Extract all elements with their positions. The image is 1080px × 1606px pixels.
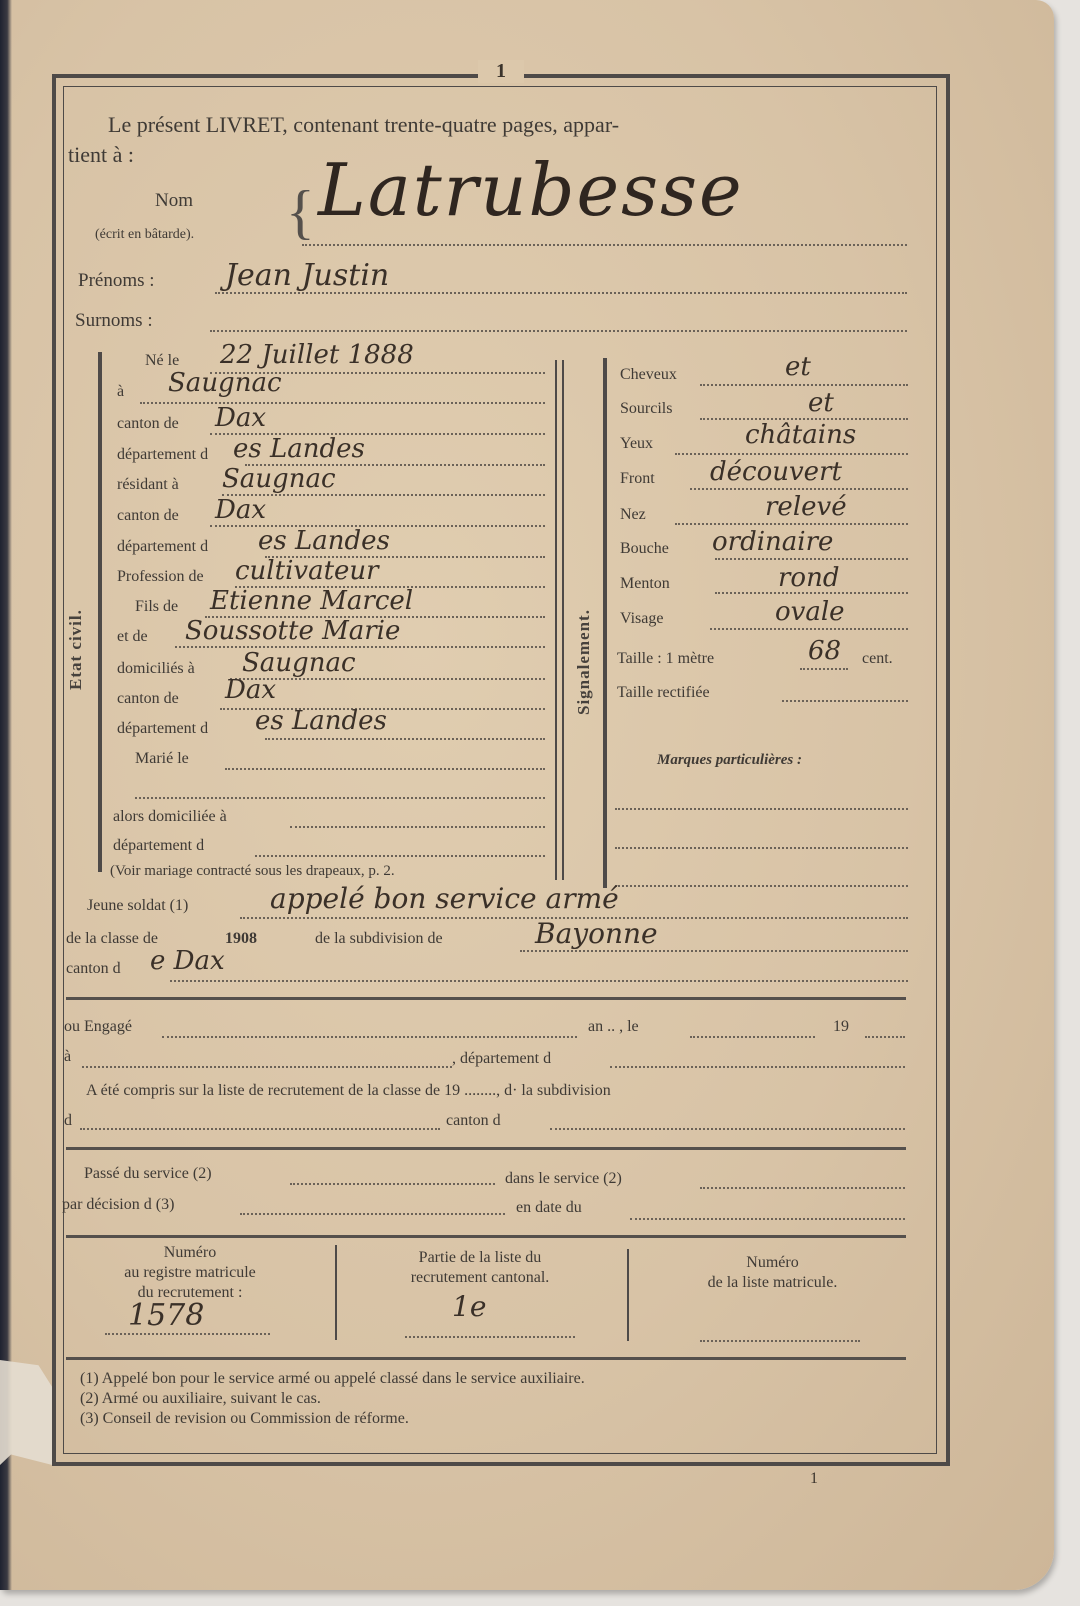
- etat-civil-label: Etat civil.: [66, 609, 86, 690]
- field-label: domiciliés à: [117, 660, 195, 678]
- liste-d-label: d: [64, 1112, 72, 1130]
- taille-prefix: Taille : 1 mètre: [617, 650, 714, 668]
- footnote: (3) Conseil de revision ou Commission de…: [80, 1410, 409, 1428]
- divider-4: [66, 1357, 906, 1360]
- engage-year-line: [865, 1036, 905, 1038]
- prenoms-value: Jean Justin: [225, 258, 389, 293]
- engage-date-line: [690, 1036, 815, 1038]
- field-value: rond: [778, 563, 839, 593]
- nom-label: Nom: [155, 190, 193, 212]
- footnote-text: Armé ou auxiliaire, suivant le cas.: [102, 1390, 321, 1407]
- prenoms-line: [215, 292, 907, 294]
- engage-an-label: an .. , le: [588, 1018, 639, 1036]
- field-line: [225, 768, 545, 770]
- signalement-label: Signalement.: [574, 609, 594, 715]
- canton-value: e Dax: [150, 946, 225, 976]
- field-value: et: [808, 388, 834, 418]
- marques-line: [615, 885, 908, 887]
- col-3-line: [700, 1340, 860, 1342]
- footnote-number: (3): [80, 1410, 99, 1427]
- field-label: Front: [620, 470, 655, 488]
- canton-label: canton d: [66, 960, 121, 978]
- field-value: Saugnac: [222, 464, 336, 494]
- field-label: alors domiciliée à: [113, 808, 227, 826]
- decision-line: [240, 1213, 505, 1215]
- field-label: résidant à: [117, 476, 179, 494]
- field-line: [222, 494, 545, 496]
- field-line: [675, 453, 908, 455]
- field-line: [140, 402, 545, 404]
- field-label: canton de: [117, 415, 179, 433]
- field-line: [715, 592, 908, 594]
- field-label: Fils de: [135, 598, 178, 616]
- field-value: es Landes: [258, 526, 390, 556]
- footnote-number: (2): [80, 1390, 99, 1407]
- signalement-border: [603, 358, 607, 888]
- col-2-line: [405, 1336, 575, 1338]
- field-label: canton de: [117, 690, 179, 708]
- col-2-value: 1e: [452, 1290, 486, 1323]
- col-1-line: [105, 1333, 270, 1335]
- field-value: es Landes: [233, 434, 365, 464]
- footnote: (1) Appelé bon pour le service armé ou a…: [80, 1370, 585, 1388]
- passe-dans-label: dans le service (2): [505, 1170, 622, 1188]
- field-value: cultivateur: [235, 556, 379, 586]
- header-line: recrutement cantonal.: [345, 1268, 615, 1288]
- etat-civil-border: [98, 352, 102, 872]
- taille-rectifiee-label: Taille rectifiée: [617, 684, 710, 702]
- field-label: et de: [117, 628, 148, 646]
- taille-value: 68: [808, 636, 841, 666]
- jeune-soldat-value: appelé bon service armé: [270, 882, 619, 915]
- nom-line: [302, 244, 907, 246]
- col-divider-1: [335, 1245, 337, 1340]
- field-line: [690, 488, 908, 490]
- col-2-header: Partie de la liste du recrutement canton…: [345, 1248, 615, 1288]
- field-value: Dax: [225, 675, 276, 705]
- footnote-number: (1): [80, 1370, 99, 1387]
- prenoms-label: Prénoms :: [78, 270, 155, 292]
- divider-1: [66, 997, 906, 1000]
- divider-3: [66, 1235, 906, 1238]
- field-label: Marié le: [135, 750, 189, 768]
- engage-dept-label: , département d: [452, 1050, 551, 1068]
- column-divider-2: [562, 360, 564, 880]
- field-value: Saugnac: [242, 648, 356, 678]
- field-label: Nez: [620, 506, 646, 524]
- field-label: Profession de: [117, 568, 204, 586]
- engage-a-label: à: [64, 1048, 71, 1066]
- subdivision-label: de la subdivision de: [315, 930, 443, 948]
- column-divider-1: [555, 360, 557, 880]
- field-value: 22 Juillet 1888: [220, 340, 414, 370]
- engage-label: ou Engagé: [64, 1018, 132, 1036]
- subdivision-line: [520, 950, 908, 952]
- tape-repair: [0, 1360, 55, 1465]
- field-value: es Landes: [255, 706, 387, 736]
- field-line: [255, 855, 545, 857]
- header-line: de la liste matricule.: [640, 1273, 905, 1293]
- field-label: à: [117, 383, 124, 401]
- marques-label: Marques particulières :: [657, 752, 802, 769]
- canton-line: [170, 980, 908, 982]
- divider-2: [66, 1147, 906, 1150]
- field-label: Visage: [620, 610, 663, 628]
- engage-year-prefix: 19: [833, 1018, 849, 1036]
- field-line: [290, 826, 545, 828]
- field-value: et: [785, 352, 811, 382]
- field-label: département d: [117, 720, 208, 738]
- col-divider-2: [627, 1249, 629, 1341]
- passe-label: Passé du service (2): [84, 1165, 212, 1183]
- field-label: canton de: [117, 507, 179, 525]
- liste-canton-line: [550, 1128, 905, 1130]
- livret-page: 1 Le présent LIVRET, contenant trente-qu…: [0, 0, 1054, 1590]
- field-value: Saugnac: [168, 368, 282, 398]
- classe-value: 1908: [225, 930, 257, 948]
- liste-line-1: A été compris sur la liste de recrutemen…: [86, 1082, 611, 1100]
- header-line: Numéro: [70, 1243, 310, 1263]
- header-line: Partie de la liste du: [345, 1248, 615, 1268]
- col-1-value: 1578: [128, 1298, 204, 1333]
- footnote-text: Appelé bon pour le service armé ou appel…: [102, 1370, 585, 1387]
- field-label: département d: [117, 446, 208, 464]
- field-line: [230, 678, 545, 680]
- intro-line-1: Le présent LIVRET, contenant trente-quat…: [108, 112, 619, 138]
- footnote: (2) Armé ou auxiliaire, suivant le cas.: [80, 1390, 321, 1408]
- col-3-header: Numéro de la liste matricule.: [640, 1253, 905, 1293]
- field-label: Menton: [620, 575, 670, 593]
- field-label: Sourcils: [620, 400, 672, 418]
- field-label: département d: [117, 538, 208, 556]
- engage-dept-line: [610, 1066, 905, 1068]
- field-line: [175, 646, 545, 648]
- field-value: Dax: [215, 495, 266, 525]
- header-line: au registre matricule: [70, 1263, 310, 1283]
- marques-line: [615, 847, 908, 849]
- nom-value: Latrubesse: [318, 148, 744, 232]
- date-label: en date du: [516, 1199, 582, 1217]
- marques-line: [615, 808, 908, 810]
- field-line: [715, 558, 908, 560]
- jeune-soldat-label: Jeune soldat (1): [87, 897, 188, 915]
- page-number-bottom: 1: [810, 1470, 818, 1488]
- field-label: Cheveux: [620, 366, 677, 384]
- field-value: découvert: [710, 457, 842, 487]
- field-line: [700, 384, 908, 386]
- surnoms-line: [210, 330, 907, 332]
- mariage-note: (Voir mariage contracté sous les drapeau…: [110, 863, 395, 880]
- engage-a-line: [82, 1066, 452, 1068]
- field-value: Dax: [215, 403, 266, 433]
- taille-rectifiee-line: [782, 700, 908, 702]
- nom-sublabel: (écrit en bâtarde).: [95, 227, 194, 243]
- field-label: Yeux: [620, 435, 653, 453]
- surnoms-label: Surnoms :: [75, 310, 153, 332]
- field-line: [675, 523, 908, 525]
- engage-line: [162, 1036, 577, 1038]
- field-label: Bouche: [620, 540, 669, 558]
- col-1-header: Numéro au registre matricule du recrutem…: [70, 1243, 310, 1303]
- field-line: [265, 738, 545, 740]
- decision-label: par décision d (3): [62, 1196, 174, 1214]
- field-value: Soussotte Marie: [185, 616, 400, 646]
- liste-d-line: [80, 1128, 440, 1130]
- classe-label: de la classe de: [66, 930, 158, 948]
- subdivision-value: Bayonne: [535, 917, 658, 950]
- field-label: département d: [113, 837, 204, 855]
- passe-dans-line: [700, 1187, 905, 1189]
- taille-line: [800, 668, 848, 670]
- taille-suffix: cent.: [862, 650, 893, 668]
- passe-line: [290, 1183, 495, 1185]
- liste-canton-label: canton d: [446, 1112, 501, 1130]
- brace: {: [286, 178, 315, 247]
- date-line: [630, 1218, 905, 1220]
- field-value: Etienne Marcel: [210, 586, 413, 616]
- footnote-text: Conseil de revision ou Commission de réf…: [103, 1410, 409, 1427]
- field-value: ovale: [775, 597, 845, 627]
- page-number-top: 1: [478, 60, 524, 83]
- field-value: ordinaire: [712, 527, 833, 557]
- header-line: Numéro: [640, 1253, 905, 1273]
- field-line: [135, 797, 545, 799]
- field-line: [710, 628, 908, 630]
- intro-line-2: tient à :: [68, 142, 134, 168]
- field-value: châtains: [745, 420, 856, 450]
- field-value: relevé: [765, 492, 847, 522]
